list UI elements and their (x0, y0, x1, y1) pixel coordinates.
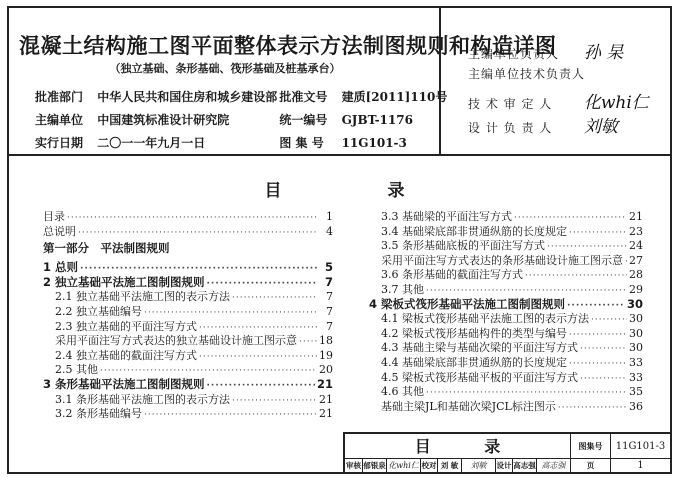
toc-entry-text: 2.1 独立基础平法施工图的表示方法 (55, 288, 230, 304)
toc-entry-text: 3.4 基础梁底部非贯通纵筋的长度规定 (381, 223, 567, 239)
meta-value: 中华人民共和国住房和城乡建设部 (97, 88, 275, 105)
dot-leader (580, 344, 627, 354)
dot-leader (207, 279, 317, 289)
toc-entry-text: 3.5 条形基础底板的平面注写方式 (381, 237, 545, 253)
toc-entry[interactable]: 3.7 其他29 (369, 281, 643, 296)
responsible-label: 主编单位技术负责人 (468, 65, 580, 82)
toc-entry-page: 4 (319, 225, 333, 238)
dot-leader (426, 388, 627, 398)
meta-label: 统一编号 (279, 111, 337, 128)
dot-leader (100, 366, 317, 376)
toc-entry-page: 29 (629, 283, 643, 296)
toc-entry[interactable]: 3.3 基础梁的平面注写方式21 (369, 208, 643, 223)
toc-entry[interactable]: 1 总则5 (43, 259, 333, 274)
toc-entry-page: 30 (627, 297, 643, 311)
toc-column-right: 3.3 基础梁的平面注写方式213.4 基础梁底部非贯通纵筋的长度规定233.5… (369, 208, 643, 412)
toc-entry-text: 4.3 基础主梁与基础次梁的平面注写方式 (381, 339, 578, 355)
title-block-top-row: 目 录 图集号 11G101-3 (345, 434, 670, 459)
toc-entry-text: 2 独立基础平法施工图制图规则 (43, 274, 205, 290)
toc-entry-page: 1 (319, 210, 333, 223)
atlas-number-label: 图集号 (570, 434, 610, 458)
dot-leader (207, 381, 315, 391)
toc-entry-page: 7 (319, 290, 333, 303)
toc-entry[interactable]: 3.4 基础梁底部非贯通纵筋的长度规定23 (369, 223, 643, 238)
toc-entry[interactable]: 3 条形基础平法施工图制图规则21 (43, 376, 333, 391)
dot-leader (78, 228, 317, 238)
meta-label: 主编单位 (35, 111, 93, 128)
toc-entry[interactable]: 3.5 条形基础底板的平面注写方式24 (369, 237, 643, 252)
toc-entry[interactable]: 基础主梁JL和基础次梁JCL标注图示36 (369, 398, 643, 413)
toc-entry-page: 7 (319, 305, 333, 318)
toc-entry[interactable]: 4 梁板式筏形基础平法施工图制图规则30 (369, 296, 643, 311)
toc-entry[interactable]: 3.2 条形基础编号21 (43, 405, 333, 420)
toc-entry-text: 4.6 其他 (381, 383, 424, 399)
title-block-signature: 化whi仁 (386, 459, 420, 472)
toc-entry-text: 4.2 梁板式筏形基础构件的类型与编号 (381, 325, 567, 341)
toc-entry[interactable]: 4.4 基础梁底部非贯通纵筋的长度规定33 (369, 354, 643, 369)
toc-entry-page: 36 (629, 400, 643, 413)
title-block-cell: 校对 (420, 459, 437, 472)
meta-label: 实行日期 (35, 134, 93, 151)
toc-entry[interactable]: 2.2 独立基础编号7 (43, 303, 333, 318)
toc-entry-page: 7 (319, 275, 333, 289)
atlas-subtitle: （独立基础、条形基础、筏形基础及桩基承台） (9, 60, 441, 76)
toc-entry-page: 21 (317, 377, 333, 391)
dot-leader (567, 301, 625, 311)
toc-entry-page: 30 (629, 312, 643, 325)
toc-title: 目 录 (9, 176, 670, 201)
toc-entry[interactable]: 目录1 (43, 208, 333, 223)
toc-entry-page: 19 (319, 349, 333, 362)
toc-entry[interactable]: 4.6 其他35 (369, 383, 643, 398)
toc-entry-page: 5 (319, 260, 333, 274)
meta-label: 批准文号 (279, 88, 337, 105)
toc-entry-text: 1 总则 (43, 259, 78, 275)
dot-leader (580, 374, 627, 384)
dot-leader (299, 337, 317, 347)
header-divider (9, 154, 670, 156)
toc-entry-page: 23 (629, 225, 643, 238)
toc-entry-page: 20 (319, 363, 333, 376)
toc-entry-page: 21 (319, 407, 333, 420)
toc-entry[interactable]: 3.6 条形基础的截面注写方式28 (369, 266, 643, 281)
toc-entry[interactable]: 2 独立基础平法施工图制图规则7 (43, 274, 333, 289)
meta-value: 二〇一一年九月一日 (97, 134, 275, 151)
dot-leader (569, 359, 627, 369)
toc-entry[interactable]: 采用平面注写方式表达的条形基础设计施工图示意27 (369, 252, 643, 267)
meta-label: 图 集 号 (279, 134, 337, 151)
toc-entry-text: 3.2 条形基础编号 (55, 405, 142, 421)
toc-entry-page: 30 (629, 341, 643, 354)
toc-entry-text: 4.5 梁板式筏形基础平板的平面注写方式 (381, 369, 578, 385)
title-block: 目 录 图集号 11G101-3 页 1 审核郁银泉化whi仁校对刘 敏刘敏设计… (343, 432, 670, 472)
dot-leader (569, 330, 627, 340)
dot-leader (67, 213, 317, 223)
meta-label: 批准部门 (35, 88, 93, 105)
dot-leader (426, 286, 627, 296)
toc-entry[interactable]: 采用平面注写方式表达的独立基础设计施工图示意18 (43, 332, 333, 347)
toc-entry-text: 2.4 独立基础的截面注写方式 (55, 347, 197, 363)
title-block-title: 目 录 (345, 434, 570, 459)
title-block-cell: 刘 敏 (437, 459, 461, 472)
responsible-label: 设 计 负 责 人 (468, 119, 580, 136)
toc-entry[interactable]: 2.5 其他20 (43, 361, 333, 376)
toc-entry-text: 2.3 独立基础的平面注写方式 (55, 318, 197, 334)
signature: 化whi仁 (584, 93, 649, 113)
header-info-panel: 混凝土结构施工图平面整体表示方法制图规则和构造详图 （独立基础、条形基础、筏形基… (9, 8, 441, 154)
toc-entry[interactable]: 4.5 梁板式筏形基础平板的平面注写方式33 (369, 369, 643, 384)
toc-entry[interactable]: 2.4 独立基础的截面注写方式19 (43, 347, 333, 362)
toc-entry-text: 采用平面注写方式表达的独立基础设计施工图示意 (55, 332, 297, 348)
toc-entry-text: 总说明 (43, 223, 76, 239)
toc-entry-text: 目录 (43, 208, 65, 224)
toc-entry-text: 3.3 基础梁的平面注写方式 (381, 208, 512, 224)
toc-section-heading: 第一部分 平法制图规则 (43, 237, 333, 259)
dot-leader (558, 403, 627, 413)
atlas-number-value: 11G101-3 (610, 434, 670, 458)
title-block-cell: 审核 (345, 459, 362, 472)
toc-entry[interactable]: 4.2 梁板式筏形基础构件的类型与编号30 (369, 325, 643, 340)
toc-entry-text: 基础主梁JL和基础次梁JCL标注图示 (381, 398, 556, 414)
toc-entry[interactable]: 4.3 基础主梁与基础次梁的平面注写方式30 (369, 339, 643, 354)
drawing-frame: 混凝土结构施工图平面整体表示方法制图规则和构造详图 （独立基础、条形基础、筏形基… (7, 6, 672, 474)
meta-row-approval: 批准部门 中华人民共和国住房和城乡建设部 批准文号 建质[2011]110号 (35, 88, 447, 105)
responsible-label: 主编单位负责人 (468, 45, 580, 62)
meta-value: GJBT-1176 (342, 113, 413, 127)
title-block-cell: 高志强 (512, 459, 536, 472)
title-block-signature: 刘敏 (461, 459, 495, 472)
responsible-row: 主编单位技术负责人 (468, 63, 580, 83)
toc-entry-text: 采用平面注写方式表达的条形基础设计施工图示意 (381, 252, 623, 268)
toc-entry[interactable]: 总说明4 (43, 223, 333, 238)
toc-entry-text: 3.7 其他 (381, 281, 424, 297)
toc-entry-page: 24 (629, 239, 643, 252)
responsible-panel: 主编单位负责人 孙 杲 主编单位技术负责人 技 术 审 定 人 化whi仁 设 … (441, 8, 670, 154)
toc-entry-page: 28 (629, 268, 643, 281)
toc-entry[interactable]: 3.1 条形基础平法施工图的表示方法21 (43, 391, 333, 406)
meta-row-date: 实行日期 二〇一一年九月一日 图 集 号 11G101-3 (35, 134, 407, 151)
dot-leader (80, 264, 317, 274)
toc-entry-page: 18 (319, 334, 333, 347)
toc-entry-text: 4 梁板式筏形基础平法施工图制图规则 (369, 296, 565, 312)
dot-leader (144, 410, 317, 420)
responsible-row: 设 计 负 责 人 刘敏 (468, 112, 618, 137)
toc-entry-text: 2.2 独立基础编号 (55, 303, 142, 319)
dot-leader (144, 308, 317, 318)
dot-leader (199, 352, 317, 362)
toc-entry-page: 35 (629, 385, 643, 398)
title-block-cell: 设计 (495, 459, 512, 472)
toc-entry-page: 30 (629, 327, 643, 340)
dot-leader (514, 213, 627, 223)
title-block-sign-row: 页 1 审核郁银泉化whi仁校对刘 敏刘敏设计高志强高志强 (345, 459, 670, 472)
dot-leader (591, 315, 627, 325)
dot-leader (232, 293, 317, 303)
dot-leader (547, 242, 627, 252)
toc-entry-text: 4.1 梁板式筏形基础平法施工图的表示方法 (381, 310, 589, 326)
dot-leader (199, 323, 317, 333)
toc-entry-text: 3 条形基础平法施工图制图规则 (43, 376, 205, 392)
toc-entry-text: 2.5 其他 (55, 361, 98, 377)
toc-entry[interactable]: 2.3 独立基础的平面注写方式7 (43, 318, 333, 333)
toc-column-left: 目录1总说明4第一部分 平法制图规则1 总则52 独立基础平法施工图制图规则72… (43, 208, 333, 420)
dot-leader (525, 271, 627, 281)
responsible-label: 技 术 审 定 人 (468, 95, 580, 112)
toc-entry-page: 33 (629, 356, 643, 369)
responsible-row: 主编单位负责人 孙 杲 (468, 38, 623, 63)
toc-entry-text: 3.1 条形基础平法施工图的表示方法 (55, 391, 230, 407)
dot-leader (569, 228, 627, 238)
page-number: 1 (610, 459, 670, 472)
toc-entry-page: 33 (629, 371, 643, 384)
meta-value: 建质[2011]110号 (342, 90, 448, 104)
toc-entry-text: 3.6 条形基础的截面注写方式 (381, 266, 523, 282)
toc-entry-page: 21 (319, 393, 333, 406)
toc-entry[interactable]: 2.1 独立基础平法施工图的表示方法7 (43, 288, 333, 303)
dot-leader (232, 396, 317, 406)
page-label: 页 (570, 459, 610, 472)
signature: 孙 杲 (584, 43, 623, 63)
toc-entry-page: 27 (629, 254, 643, 267)
toc-entry-text: 4.4 基础梁底部非贯通纵筋的长度规定 (381, 354, 567, 370)
signature: 刘敏 (584, 117, 618, 137)
responsible-row: 技 术 审 定 人 化whi仁 (468, 88, 649, 113)
toc-entry-page: 21 (629, 210, 643, 223)
meta-value: 中国建筑标准设计研究院 (97, 111, 275, 128)
title-block-signature: 高志强 (536, 459, 570, 472)
meta-row-editor: 主编单位 中国建筑标准设计研究院 统一编号 GJBT-1176 (35, 111, 413, 128)
title-block-cell: 郁银泉 (362, 459, 386, 472)
dot-leader (625, 257, 627, 267)
toc-entry-page: 7 (319, 320, 333, 333)
meta-value: 11G101-3 (342, 136, 407, 150)
toc-entry[interactable]: 4.1 梁板式筏形基础平法施工图的表示方法30 (369, 310, 643, 325)
